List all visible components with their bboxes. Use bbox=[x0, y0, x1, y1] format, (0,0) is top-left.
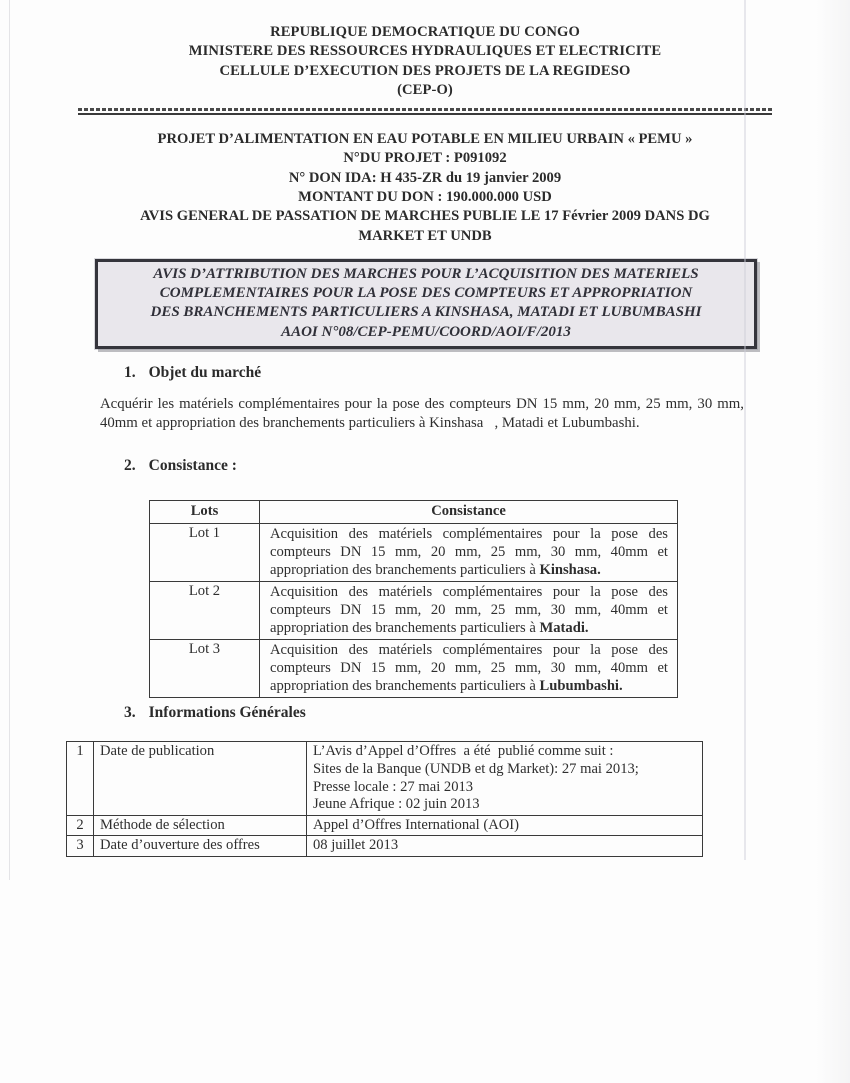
notice-title-box: AVIS D’ATTRIBUTION DES MARCHES POUR L’AC… bbox=[95, 259, 757, 349]
section-heading-consistance: 2.Consistance : bbox=[124, 457, 850, 475]
consistance-city: Matadi. bbox=[539, 620, 588, 636]
table-row: 1 Date de publication L’Avis d’Appel d’O… bbox=[67, 742, 703, 815]
column-header-lots: Lots bbox=[150, 500, 260, 523]
scan-artifact-line bbox=[744, 0, 746, 860]
notice-title-line-1: AVIS D’ATTRIBUTION DES MARCHES POUR L’AC… bbox=[102, 265, 750, 284]
avis-general-line-1: AVIS GENERAL DE PASSATION DE MARCHES PUB… bbox=[0, 207, 850, 226]
objet-paragraph: Acquérir les matériels complémentaires p… bbox=[100, 395, 744, 434]
project-title-line: PROJET D’ALIMENTATION EN EAU POTABLE EN … bbox=[0, 130, 850, 149]
lot-cell: Lot 3 bbox=[150, 640, 260, 698]
separator-solid-line bbox=[78, 113, 772, 116]
section-number: 3. bbox=[124, 704, 136, 721]
info-label-cell: Date de publication bbox=[94, 742, 307, 815]
info-value-line: Sites de la Banque (UNDB et dg Market): … bbox=[313, 761, 696, 779]
section-title: Consistance : bbox=[149, 457, 237, 474]
consistance-cell: Acquisition des matériels complémentaire… bbox=[260, 523, 678, 581]
info-value-line: Jeune Afrique : 02 juin 2013 bbox=[313, 796, 696, 814]
lot-cell: Lot 2 bbox=[150, 581, 260, 639]
section-heading-objet: 1.Objet du marché bbox=[124, 364, 850, 382]
consistance-table: Lots Consistance Lot 1 Acquisition des m… bbox=[149, 500, 678, 699]
section-number: 2. bbox=[124, 457, 136, 474]
consistance-cell: Acquisition des matériels complémentaire… bbox=[260, 581, 678, 639]
letterhead-line-ministry: MINISTERE DES RESSOURCES HYDRAULIQUES ET… bbox=[0, 42, 850, 61]
letterhead-line-acronym: (CEP-O) bbox=[0, 81, 850, 100]
table-row: 3 Date d’ouverture des offres 08 juillet… bbox=[67, 836, 703, 857]
info-value-line: L’Avis d’Appel d’Offres a été publié com… bbox=[313, 743, 696, 761]
general-informations-table: 1 Date de publication L’Avis d’Appel d’O… bbox=[66, 741, 703, 857]
info-value-cell: Appel d’Offres International (AOI) bbox=[307, 815, 703, 836]
don-amount-line: MONTANT DU DON : 190.000.000 USD bbox=[0, 188, 850, 207]
info-value-line: Presse locale : 27 mai 2013 bbox=[313, 779, 696, 797]
info-label-cell: Méthode de sélection bbox=[94, 815, 307, 836]
column-header-consistance: Consistance bbox=[260, 500, 678, 523]
table-row: Lot 2 Acquisition des matériels compléme… bbox=[150, 581, 678, 639]
section-title: Informations Générales bbox=[149, 704, 306, 721]
table-header-row: Lots Consistance bbox=[150, 500, 678, 523]
table-row: Lot 3 Acquisition des matériels compléme… bbox=[150, 640, 678, 698]
notice-title-line-3: DES BRANCHEMENTS PARTICULIERS A KINSHASA… bbox=[102, 303, 750, 322]
lot-cell: Lot 1 bbox=[150, 523, 260, 581]
letterhead-line-country: REPUBLIQUE DEMOCRATIQUE DU CONGO bbox=[0, 23, 850, 42]
consistance-text: Acquisition des matériels complémentaire… bbox=[270, 526, 668, 578]
info-value-line: 08 juillet 2013 bbox=[313, 837, 696, 855]
section-number: 1. bbox=[124, 364, 136, 381]
project-number-line: N°DU PROJET : P091092 bbox=[0, 149, 850, 168]
section-title: Objet du marché bbox=[149, 364, 262, 381]
section-heading-infos: 3.Informations Générales bbox=[124, 704, 850, 722]
info-value-cell: 08 juillet 2013 bbox=[307, 836, 703, 857]
table-row: 2 Méthode de sélection Appel d’Offres In… bbox=[67, 815, 703, 836]
letterhead: REPUBLIQUE DEMOCRATIQUE DU CONGO MINISTE… bbox=[0, 0, 850, 101]
consistance-text: Acquisition des matériels complémentaire… bbox=[270, 584, 668, 636]
table-row: Lot 1 Acquisition des matériels compléme… bbox=[150, 523, 678, 581]
letterhead-line-cellule: CELLULE D’EXECUTION DES PROJETS DE LA RE… bbox=[0, 62, 850, 81]
consistance-city: Kinshasa. bbox=[539, 562, 600, 578]
don-ida-line: N° DON IDA: H 435-ZR du 19 janvier 2009 bbox=[0, 169, 850, 188]
scanned-document-page: REPUBLIQUE DEMOCRATIQUE DU CONGO MINISTE… bbox=[0, 0, 850, 1083]
info-value-line: Appel d’Offres International (AOI) bbox=[313, 817, 696, 835]
consistance-city: Lubumbashi. bbox=[539, 678, 622, 694]
info-label-cell: Date d’ouverture des offres bbox=[94, 836, 307, 857]
header-separator bbox=[78, 108, 772, 116]
info-num-cell: 2 bbox=[67, 815, 94, 836]
notice-reference-line: AAOI N°08/CEP-PEMU/COORD/AOI/F/2013 bbox=[102, 323, 750, 342]
notice-title-line-2: COMPLEMENTAIRES POUR LA POSE DES COMPTEU… bbox=[102, 284, 750, 303]
consistance-cell: Acquisition des matériels complémentaire… bbox=[260, 640, 678, 698]
info-num-cell: 1 bbox=[67, 742, 94, 815]
separator-dashed-line bbox=[78, 108, 772, 111]
project-info-block: PROJET D’ALIMENTATION EN EAU POTABLE EN … bbox=[0, 130, 850, 246]
info-num-cell: 3 bbox=[67, 836, 94, 857]
avis-general-line-2: MARKET ET UNDB bbox=[0, 227, 850, 246]
info-value-cell: L’Avis d’Appel d’Offres a été publié com… bbox=[307, 742, 703, 815]
